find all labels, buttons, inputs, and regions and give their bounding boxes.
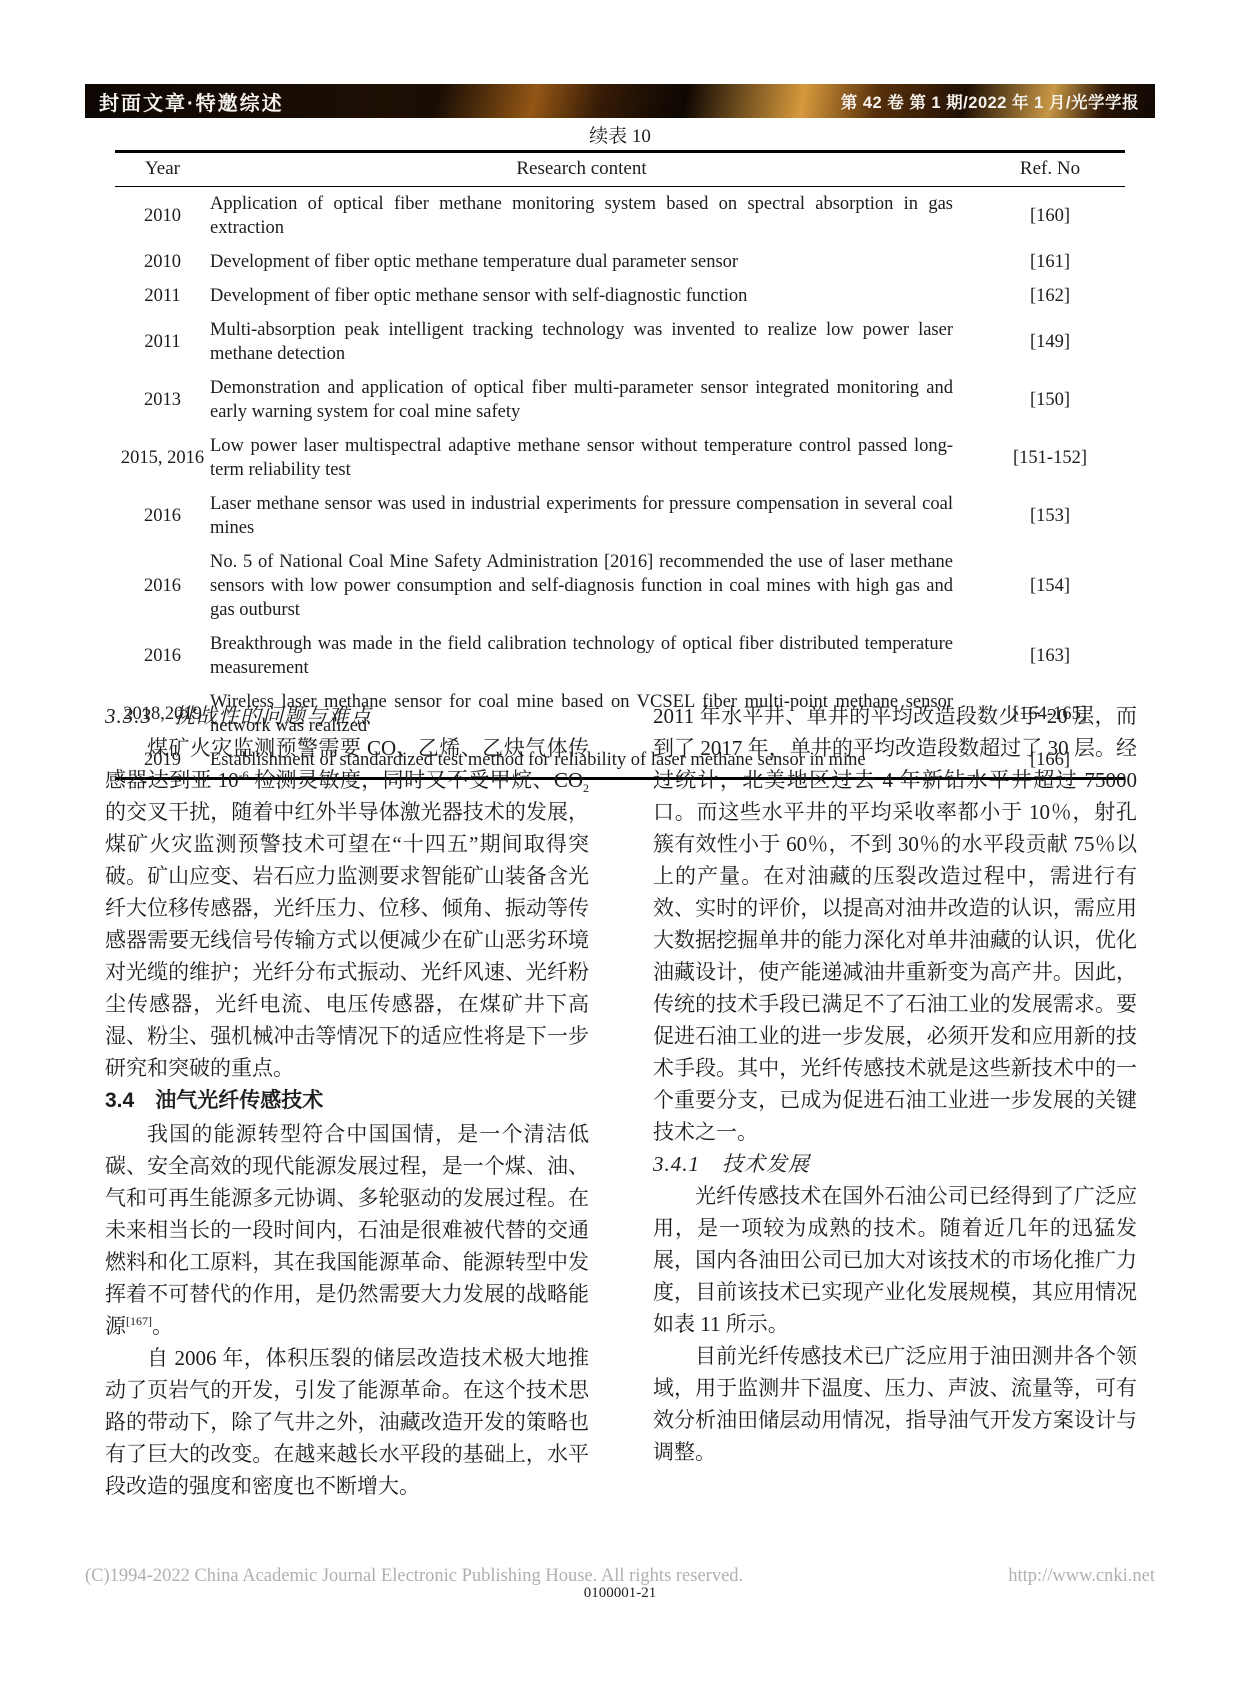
- year-cell: 2016: [115, 487, 210, 545]
- table-row: 2013 Demonstration and application of op…: [115, 371, 1125, 429]
- paragraph-technology-development: 光纤传感技术在国外石油公司已经得到了广泛应用，是一项较为成熟的技术。随着近几年的…: [653, 1180, 1137, 1340]
- banner-section-title: 封面文章·特邀综述: [99, 87, 284, 116]
- ref-cell: [149]: [975, 313, 1125, 371]
- year-cell: 2010: [115, 187, 210, 246]
- content-cell: Low power laser multispectral adaptive m…: [210, 429, 975, 487]
- table-caption: 续表 10: [0, 121, 1240, 148]
- ref-cell: [161]: [975, 245, 1125, 279]
- ref-cell: [151-152]: [975, 429, 1125, 487]
- journal-banner: 封面文章·特邀综述 第 42 卷 第 1 期/2022 年 1 月/光学学报: [85, 84, 1155, 118]
- paragraph-shale-gas: 自 2006 年，体积压裂的储层改造技术极大地推动了页岩气的开发，引发了能源革命…: [105, 1342, 589, 1502]
- right-column: 2011 年水平井、单井的平均改造段数少于 20 层，而到了 2017 年，单井…: [653, 700, 1137, 1502]
- paragraph-text: 我国的能源转型符合中国国情，是一个清洁低碳、安全高效的现代能源发展过程，是一个煤…: [105, 1122, 589, 1338]
- column-header-ref-no: Ref. No: [975, 152, 1125, 187]
- section-3-4-1-heading: 3.4.1 技术发展: [653, 1148, 1137, 1180]
- year-cell: 2011: [115, 313, 210, 371]
- section-3-3-3-heading: 3.3.3 挑战性的问题与难点: [105, 700, 589, 732]
- ref-cell: [153]: [975, 487, 1125, 545]
- table-header-row: Year Research content Ref. No: [115, 152, 1125, 187]
- year-cell: 2016: [115, 627, 210, 685]
- page-number: 0100001-21: [0, 1585, 1240, 1602]
- column-header-research-content: Research content: [210, 152, 975, 187]
- year-cell: 2010: [115, 245, 210, 279]
- superscript-exponent: -6: [239, 768, 249, 782]
- year-cell: 2011: [115, 279, 210, 313]
- left-column: 3.3.3 挑战性的问题与难点 煤矿火灾监测预警需要 CO、乙烯、乙炔气体传感器…: [105, 700, 589, 1502]
- paragraph-fire-monitoring: 煤矿火灾监测预警需要 CO、乙烯、乙炔气体传感器达到亚 10-6 检测灵敏度，同…: [105, 732, 589, 1084]
- paragraph-energy-transition: 我国的能源转型符合中国国情，是一个清洁低碳、安全高效的现代能源发展过程，是一个煤…: [105, 1118, 589, 1342]
- paragraph-text: 。: [152, 1314, 173, 1338]
- ref-cell: [150]: [975, 371, 1125, 429]
- content-cell: No. 5 of National Coal Mine Safety Admin…: [210, 545, 975, 627]
- table-row: 2015, 2016 Low power laser multispectral…: [115, 429, 1125, 487]
- paragraph-horizontal-wells: 2011 年水平井、单井的平均改造段数少于 20 层，而到了 2017 年，单井…: [653, 700, 1137, 1148]
- ref-cell: [163]: [975, 627, 1125, 685]
- ref-cell: [162]: [975, 279, 1125, 313]
- content-cell: Development of fiber optic methane tempe…: [210, 245, 975, 279]
- copyright-text: (C)1994-2022 China Academic Journal Elec…: [85, 1566, 743, 1587]
- content-cell: Application of optical fiber methane mon…: [210, 187, 975, 246]
- content-cell: Development of fiber optic methane senso…: [210, 279, 975, 313]
- research-table: Year Research content Ref. No 2010 Appli…: [115, 150, 1125, 780]
- section-3-4-heading: 3.4 油气光纤传感技术: [105, 1084, 589, 1118]
- paragraph-text: 检测灵敏度，同时又不受甲烷、CO: [249, 768, 583, 792]
- ref-cell: [154]: [975, 545, 1125, 627]
- year-cell: 2015, 2016: [115, 429, 210, 487]
- content-cell: Breakthrough was made in the field calib…: [210, 627, 975, 685]
- paragraph-oilfield-logging: 目前光纤传感技术已广泛应用于油田测井各个领域，用于监测井下温度、压力、声波、流量…: [653, 1340, 1137, 1468]
- table-row: 2011 Development of fiber optic methane …: [115, 279, 1125, 313]
- table-row: 2016 Breakthrough was made in the field …: [115, 627, 1125, 685]
- subscript-co2: 2: [583, 781, 589, 795]
- citation-167: [167]: [126, 1314, 152, 1328]
- table-row: 2010 Application of optical fiber methan…: [115, 187, 1125, 246]
- ref-cell: [160]: [975, 187, 1125, 246]
- copyright-watermark: (C)1994-2022 China Academic Journal Elec…: [85, 1566, 1155, 1587]
- table-row: 2010 Development of fiber optic methane …: [115, 245, 1125, 279]
- table-row: 2016 Laser methane sensor was used in in…: [115, 487, 1125, 545]
- year-cell: 2016: [115, 545, 210, 627]
- table-row: 2011 Multi-absorption peak intelligent t…: [115, 313, 1125, 371]
- content-cell: Demonstration and application of optical…: [210, 371, 975, 429]
- cnki-url: http://www.cnki.net: [1008, 1566, 1155, 1587]
- column-header-year: Year: [115, 152, 210, 187]
- banner-issue-info: 第 42 卷 第 1 期/2022 年 1 月/光学学报: [841, 89, 1139, 113]
- body-two-columns: 3.3.3 挑战性的问题与难点 煤矿火灾监测预警需要 CO、乙烯、乙炔气体传感器…: [105, 700, 1137, 1502]
- paragraph-text: 的交叉干扰，随着中红外半导体激光器技术的发展，煤矿火灾监测预警技术可望在“十四五…: [105, 800, 589, 1080]
- year-cell: 2013: [115, 371, 210, 429]
- content-cell: Multi-absorption peak intelligent tracki…: [210, 313, 975, 371]
- journal-page: 封面文章·特邀综述 第 42 卷 第 1 期/2022 年 1 月/光学学报 续…: [0, 0, 1240, 1683]
- table-row: 2016 No. 5 of National Coal Mine Safety …: [115, 545, 1125, 627]
- content-cell: Laser methane sensor was used in industr…: [210, 487, 975, 545]
